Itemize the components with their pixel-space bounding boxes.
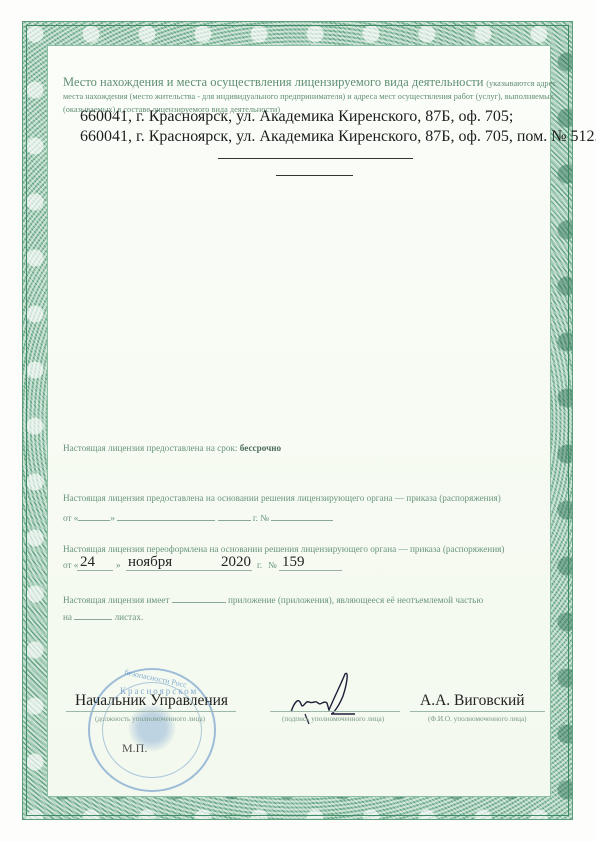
reissued-year: 2020 <box>221 554 251 571</box>
granted-number-field <box>271 511 333 521</box>
position-caption: (должность уполномоченного лица) <box>95 715 205 723</box>
location-label-main: Место нахождения и места осуществления л… <box>63 75 483 89</box>
address-line-1: 660041, г. Красноярск, ул. Академика Кир… <box>80 108 513 126</box>
signature-caption: (подпись уполномоченного лица) <box>282 715 384 723</box>
appendix-count-field <box>172 593 226 603</box>
reissued-day-underline <box>77 570 113 571</box>
granted-month-field <box>117 511 215 521</box>
term-value: бессрочно <box>240 443 281 453</box>
official-seal: безопасности Росс Красноярском <box>88 668 216 792</box>
granted-basis-label: Настоящая лицензия предоставлена на осно… <box>63 493 501 503</box>
reissued-month: ноября <box>128 554 172 571</box>
reissued-quote-close: » <box>116 560 121 570</box>
reissued-basis-row: от « <box>63 560 78 578</box>
appendix-sheets-suffix: листах. <box>115 612 144 622</box>
name-value: А.А. Виговский <box>420 692 525 710</box>
appendix-row: Настоящая лицензия имеет приложение (при… <box>63 593 483 605</box>
term-label: Настоящая лицензия предоставлена на срок… <box>63 443 237 453</box>
term-row: Настоящая лицензия предоставлена на срок… <box>63 443 281 453</box>
address-underline-2 <box>276 175 353 176</box>
granted-basis-row: от «» г. № <box>63 511 333 523</box>
appendix-text-after: приложение (приложения), являющееся её н… <box>228 595 483 605</box>
address-underline-1 <box>218 158 413 159</box>
granted-quote-close: » <box>110 513 115 523</box>
reissued-from-prefix: от « <box>63 560 78 570</box>
signature-line <box>270 711 400 712</box>
reissued-day: 24 <box>80 554 95 571</box>
appendix-text-before: Настоящая лицензия имеет <box>63 595 169 605</box>
appendix-sheets-field <box>74 610 112 620</box>
granted-year-suffix: г. <box>253 513 258 523</box>
appendix-sheets-row: на листах. <box>63 610 143 622</box>
granted-day-field <box>78 511 110 521</box>
reissued-number-prefix: № <box>268 560 277 570</box>
reissued-year-underline <box>219 570 252 571</box>
address-line-2: 660041, г. Красноярск, ул. Академика Кир… <box>80 128 596 146</box>
name-line <box>410 711 545 712</box>
reissued-month-underline <box>126 570 222 571</box>
reissued-number-underline <box>279 570 342 571</box>
reissued-year-suffix: г. <box>257 560 262 570</box>
reissued-basis-label: Настоящая лицензия переоформлена на осно… <box>63 544 504 554</box>
granted-from-prefix: от « <box>63 513 78 523</box>
position-value: Начальник Управления <box>75 692 228 710</box>
appendix-on-prefix: на <box>63 612 72 622</box>
name-caption: (Ф.И.О. уполномоченного лица) <box>428 715 527 723</box>
granted-year-field <box>218 511 251 521</box>
seal-label: М.П. <box>122 741 147 756</box>
granted-number-prefix: № <box>260 513 269 523</box>
reissued-number: 159 <box>282 554 305 571</box>
position-line <box>66 711 236 712</box>
